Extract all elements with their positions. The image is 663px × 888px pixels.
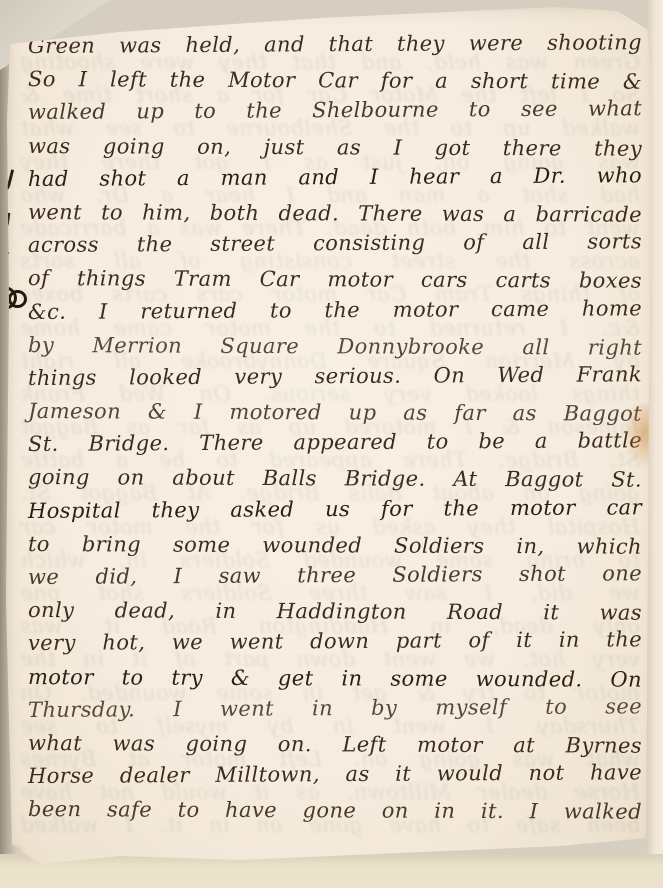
manuscript-line: very hot, we went down part of it in the <box>28 624 642 661</box>
manuscript-line: we did, I saw three Soldiers shot one <box>28 557 642 594</box>
manuscript-line: Green was held, and that they were shoot… <box>28 26 642 63</box>
manuscript-page: Green was held, and that they were shoot… <box>0 0 663 888</box>
manuscript-line: &c. I returned to the motor came home <box>28 292 642 329</box>
manuscript-line: walked up to the Shelbourne to see what <box>28 93 642 130</box>
manuscript-line: Hospital they asked us for the motor car <box>28 491 642 528</box>
underlying-page-edge <box>0 854 663 888</box>
doodle-loop-small <box>8 290 27 308</box>
manuscript-line: been safe to have gone on in it. I walke… <box>28 793 642 829</box>
manuscript-line: things looked very serious. On Wed Frank <box>28 358 642 395</box>
manuscript-line: Thursday. I went in by myself to see <box>28 690 642 727</box>
repair-mark-top-small <box>258 3 269 12</box>
manuscript-line: Horse dealer Milltown, as it would not h… <box>28 756 642 793</box>
manuscript-scan: Green was held, and that they were shoot… <box>0 0 663 888</box>
repair-mark-top <box>200 9 237 23</box>
manuscript-line: St. Bridge. There appeared to be a battl… <box>28 424 642 461</box>
manuscript-line: across the street consisting of all sort… <box>28 225 642 262</box>
manuscript-text: Green was held, and that they were shoot… <box>28 30 642 840</box>
manuscript-line: had shot a man and I hear a Dr. who <box>28 159 642 196</box>
